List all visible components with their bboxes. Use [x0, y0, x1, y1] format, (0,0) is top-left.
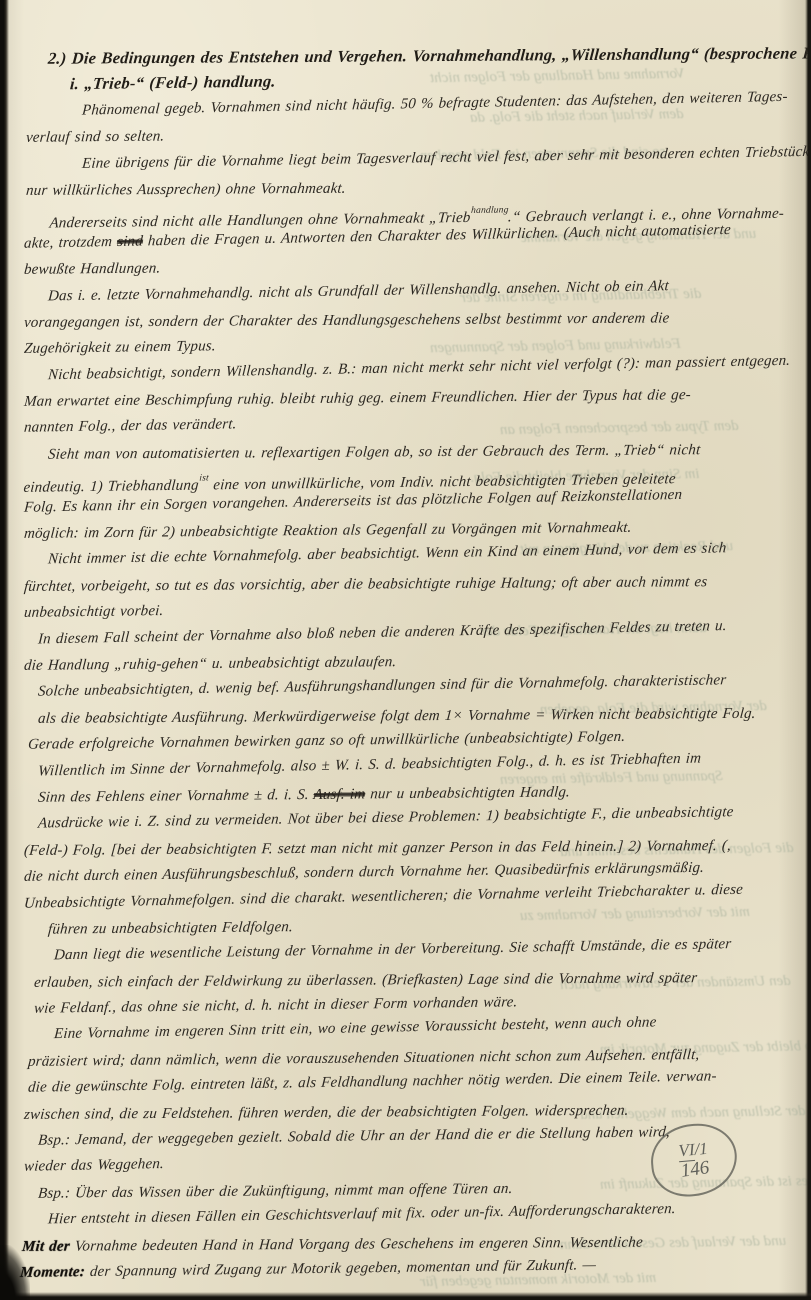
manuscript-page: Vornahme und Handlung der Folgen nichtde…	[0, 0, 811, 1300]
scan-edge-bottom	[0, 1292, 811, 1300]
stamp-page-number: 146	[679, 1157, 710, 1182]
archive-stamp: VI/1 146	[648, 1120, 740, 1199]
stamp-oval-outline: VI/1 146	[648, 1120, 740, 1199]
ink-blot	[0, 1245, 30, 1300]
stamp-slash-part: /1	[694, 1138, 709, 1158]
scan-edge-left	[0, 0, 9, 1300]
manuscript-lines: 2.) Die Bedingungen des Entstehen und Ve…	[12, 46, 805, 1286]
scan-edge-right	[805, 0, 811, 1300]
